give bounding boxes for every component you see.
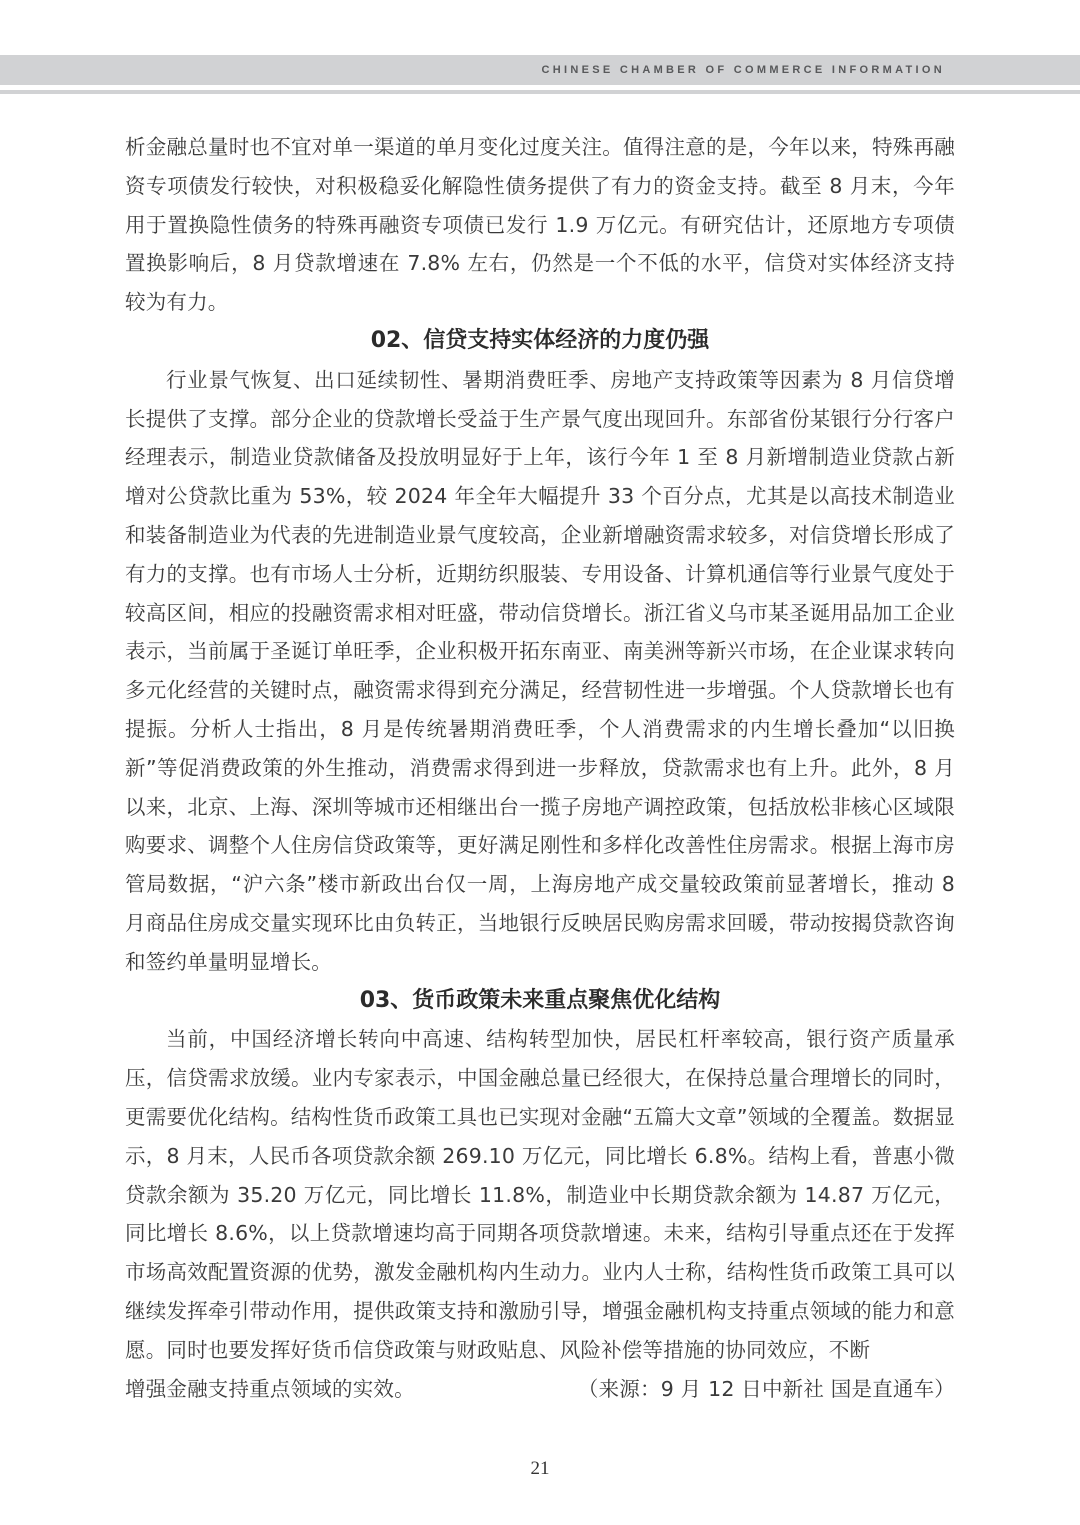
section-02-paragraph: 行业景气恢复、出口延续韧性、暑期消费旺季、房地产支持政策等因素为 8 月信贷增长…	[125, 361, 955, 982]
header-band: CHINESE CHAMBER OF COMMERCE INFORMATION	[0, 55, 1080, 85]
section-heading-03: 03、货币政策未来重点聚焦优化结构	[125, 982, 955, 1021]
source-citation: （来源：9 月 12 日中新社 国是直通车）	[578, 1370, 955, 1409]
publication-title: CHINESE CHAMBER OF COMMERCE INFORMATION	[542, 64, 946, 76]
article-body: 析金融总量时也不宜对单一渠道的单月变化过度关注。值得注意的是，今年以来，特殊再融…	[125, 128, 955, 1408]
section-03-paragraph: 当前，中国经济增长转向中高速、结构转型加快，居民杠杆率较高，银行资产质量承压，信…	[125, 1020, 955, 1369]
closing-text: 增强金融支持重点领域的实效。	[125, 1370, 415, 1409]
intro-paragraph: 析金融总量时也不宜对单一渠道的单月变化过度关注。值得注意的是，今年以来，特殊再融…	[125, 128, 955, 322]
section-heading-02: 02、信贷支持实体经济的力度仍强	[125, 322, 955, 361]
page-number: 21	[0, 1458, 1080, 1480]
header-divider	[0, 90, 1080, 94]
closing-line: 增强金融支持重点领域的实效。 （来源：9 月 12 日中新社 国是直通车）	[125, 1370, 955, 1409]
